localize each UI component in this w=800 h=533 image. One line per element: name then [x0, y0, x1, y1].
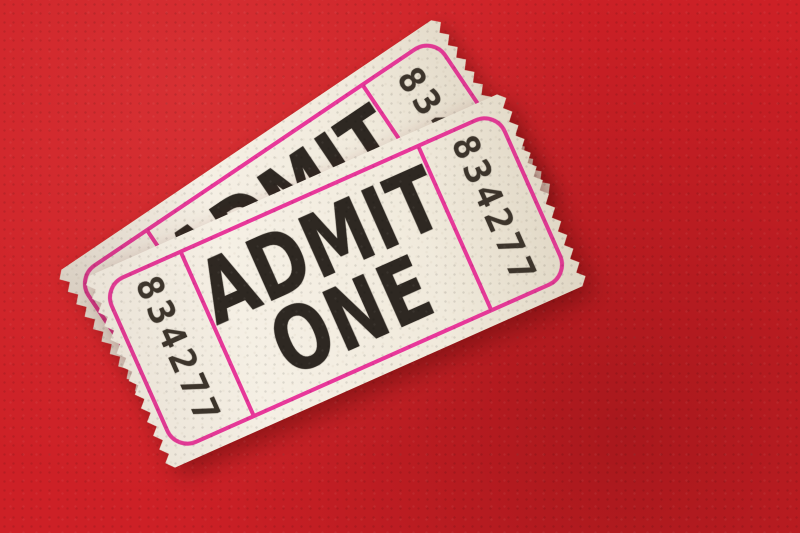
scene: ADMIT ONE 834 ADMIT ONE 834277 834277 [0, 0, 800, 533]
